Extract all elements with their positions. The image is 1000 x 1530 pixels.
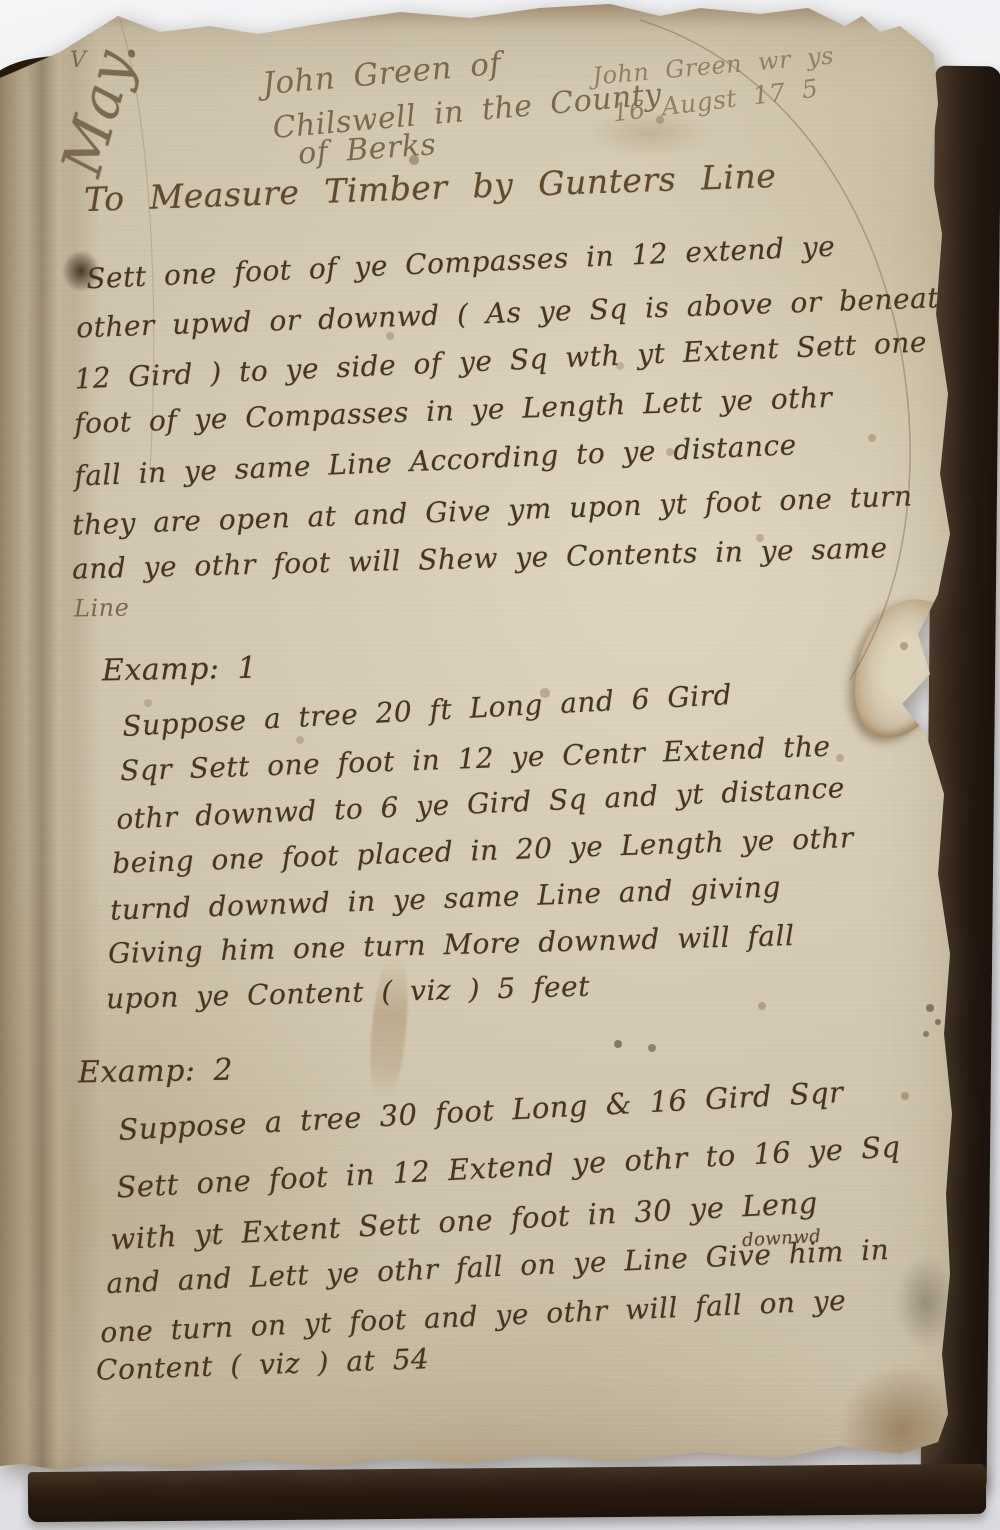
example-1-heading: Examp: 1 [102, 651, 258, 689]
paper-surface: V May. John Green of Chilswell in the Co… [0, 0, 972, 1478]
manuscript-page: V May. John Green of Chilswell in the Co… [0, 0, 972, 1478]
interlinear-insertion: downwd [742, 1226, 822, 1251]
foxing-spots [0, 0, 4, 4]
photograph-scene: V May. John Green of Chilswell in the Co… [0, 0, 1000, 1530]
example-2-heading: Examp: 2 [78, 1053, 234, 1091]
instruction-line: Line [74, 594, 130, 623]
